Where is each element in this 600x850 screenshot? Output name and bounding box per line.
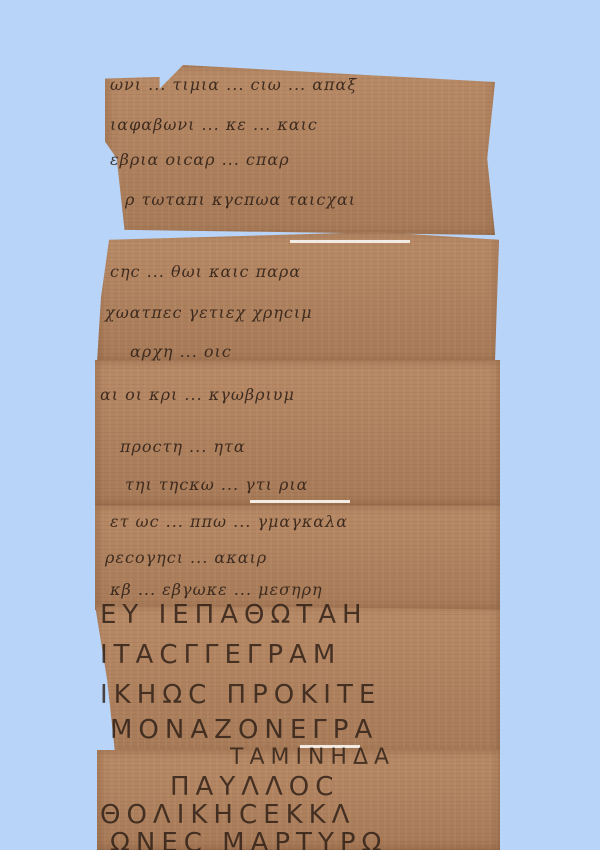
cursive-line: αρχη ... οιϲ	[130, 342, 232, 361]
cursive-line: ρεϲογηϲι ... ακαιρ	[105, 548, 267, 567]
cursive-line: ετ ωϲ ... ππω ... γμαγκαλα	[110, 512, 348, 531]
uncial-line: ΙΚΗΩϹ ΠΡΟΚΙΤΕ	[100, 680, 381, 710]
uncial-line: ΠΑΥΛΛΟϹ	[170, 772, 339, 802]
uncial-line: ΜΟΝΑΖΟΝΕΓΡΑ	[110, 715, 378, 745]
papyrus-photograph: ωνι ... τιμια ... ϲιω ... απαξ ιαφαβωνι …	[0, 0, 600, 850]
uncial-line: ΘΟΛΙΚΗϹΕΚΚΛ	[100, 800, 355, 830]
cursive-line: ρ τωταπι κγϲπωα ταιϲχαι	[125, 190, 356, 209]
cursive-line: ιαφαβωνι ... κε ... καιϲ	[110, 115, 318, 134]
cursive-line: προϲτη ... ητα	[120, 437, 246, 456]
tear-gap	[290, 240, 410, 243]
tear-gap	[250, 500, 350, 503]
cursive-line: εβρια οιϲαρ ... ϲπαρ	[110, 150, 290, 169]
uncial-line: ΤΑΜΙΝΗΔΑ	[230, 745, 395, 770]
cursive-line: τηι τηϲκω ... γτι ρια	[125, 475, 308, 494]
cursive-line: ϲηϲ ... θωι καιϲ παρα	[110, 262, 301, 281]
cursive-line: κβ ... εβγωκε ... μεσηρη	[110, 580, 323, 599]
cursive-line: ωνι ... τιμια ... ϲιω ... απαξ	[110, 75, 357, 94]
uncial-line: ΕΥ ΙΕΠΑΘΩΤΑΗ	[100, 600, 368, 630]
uncial-line: ΙΤΑϹΓΓΕΓΡΑΜ	[100, 640, 341, 670]
cursive-line: χωατπεϲ γετιεχ χρηϲιμ	[105, 303, 313, 322]
uncial-line: ΩΝΕϹ ΜΑΡΤΥΡΩ	[110, 828, 387, 850]
cursive-line: αι οι κρι ... κγωβριυμ	[100, 385, 295, 404]
